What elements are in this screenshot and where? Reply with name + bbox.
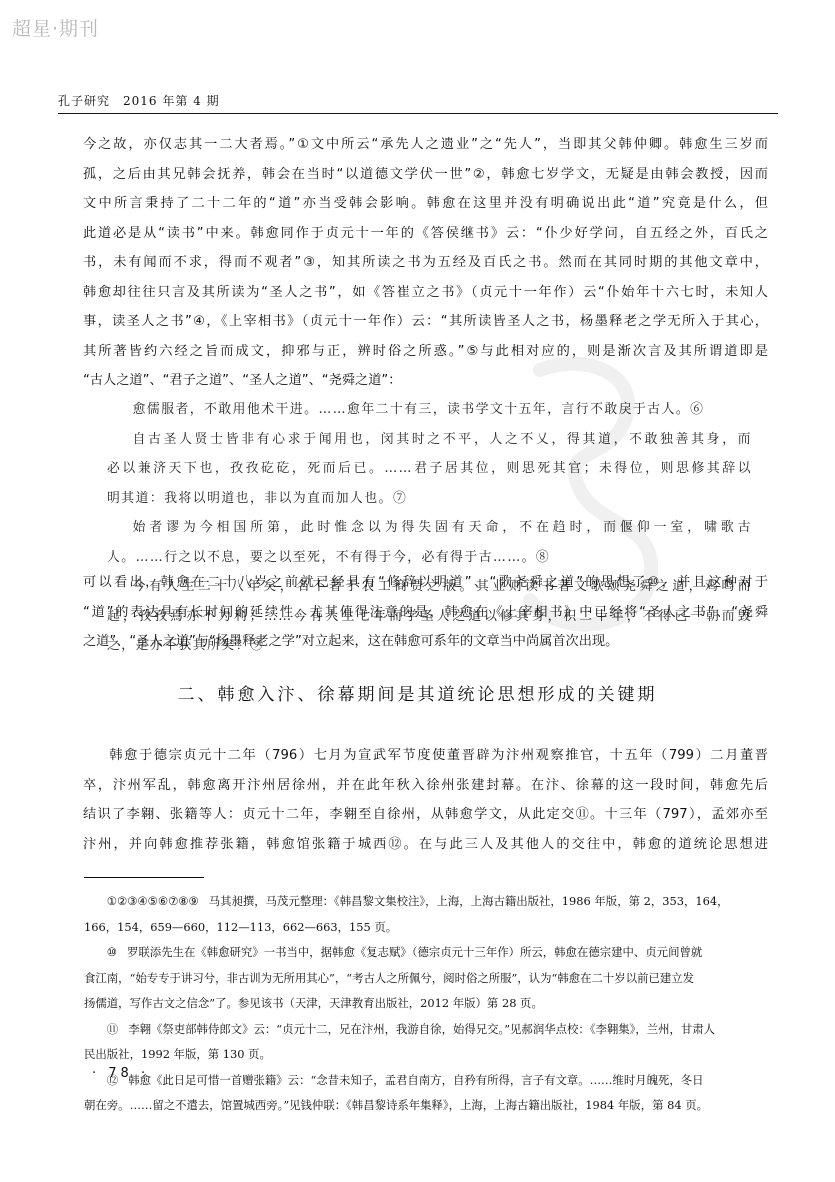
text-line: 结识了李翱、张籍等人：贞元十二年，李翱至自徐州，从韩愈学文，从此定交⑪。十三年（…: [83, 800, 768, 830]
text-line: 可以看出，韩愈在二十八岁之前就已经具有“修辞以明道”、“歌尧舜之道”的思想了⑩，…: [83, 568, 768, 598]
footnote: ⑫韩愈《此日足可惜一首赠张籍》云：“念昔未知子，孟君自南方，自矜有所得，言子有文…: [84, 1068, 769, 1094]
footnote-text: 马其昶撰，马茂元整理：《韩昌黎文集校注》，上海，上海古籍出版社，1986 年版，…: [209, 894, 729, 908]
text-line: 书，未有闻而不求，得而不观者”③，知其所读之书为五经及百氏之书。然而在其同时期的…: [83, 248, 768, 278]
footnote-text: 韩愈《此日足可惜一首赠张籍》云：“念昔未知子，孟君自南方，自矜有所得，言子有文章…: [128, 1073, 703, 1087]
quote-line: 愈儒服者，不敢用他术干进。……愈年二十有三，读书学文十五年，言行不敢戾于古人。⑥: [107, 395, 752, 425]
footnote-mark: ①②③④⑤⑥⑦⑧⑨: [107, 889, 199, 915]
text-line: 今之故，亦仅志其一二大者焉。”①文中所云“承先人之遗业”之“先人”，当即其父韩仲…: [83, 130, 768, 160]
paragraph-mid: 可以看出，韩愈在二十八岁之前就已经具有“修辞以明道”、“歌尧舜之道”的思想了⑩，…: [83, 568, 768, 657]
footnote-continuation: 食江南，“始专专于讲习兮，非古训为无所用其心”，“考古人之所佩兮，阅时俗之所服”…: [84, 966, 769, 992]
footnote-text: 罗联添先生在《韩愈研究》一书当中，据韩愈《复志赋》（德宗贞元十三年作）所云，韩愈…: [127, 945, 702, 959]
footnote: ⑪李翱《祭吏部韩侍郎文》云：“贞元十二，兄在汴州，我游自徐，始得兄交。”见郝润华…: [84, 1017, 769, 1043]
text-line: 卒，汴州军乱，韩愈离开汴州居徐州，并在此年秋入徐州张建封幕。在汴、徐幕的这一段时…: [83, 771, 768, 801]
quote-line: 始者谬为今相国所第，此时惟念以为得失固有天命，不在趋时，而偃仰一室，啸歌古: [107, 513, 752, 543]
text-line: 其所著皆约六经之旨而成文，抑邪与正，辨时俗之所惑。”⑤与此相对应的，则是渐次言及…: [83, 337, 768, 367]
footnote: ⑩罗联添先生在《韩愈研究》一书当中，据韩愈《复志赋》（德宗贞元十三年作）所云，韩…: [84, 940, 769, 966]
header-rule: [58, 113, 778, 114]
text-line: “道”的表达具有长时间的延续性。尤其值得注意的是，韩愈在《上宰相书》中已经将“圣…: [83, 598, 768, 628]
paragraph-top: 今之故，亦仅志其一二大者焉。”①文中所云“承先人之遗业”之“先人”，当即其父韩仲…: [83, 130, 768, 396]
text-line: 文中所言秉持了二十二年的“道”亦当受韩会影响。韩愈在这里并没有明确说出此“道”究…: [83, 189, 768, 219]
footnote-continuation: 扬儒道，写作古文之信念”了。参见该书（天津，天津教育出版社，2012 年版）第 …: [84, 991, 769, 1017]
footnote-text: 李翱《祭吏部韩侍郎文》云：“贞元十二，兄在汴州，我游自徐，始得兄交。”见郝润华点…: [128, 1022, 715, 1036]
text-line: 韩愈于德宗贞元十二年（796）七月为宣武军节度使董晋辟为汴州观察推官，十五年（7…: [83, 741, 768, 771]
text-line: 之道”、“圣人之道”与“杨墨释老之学”对立起来，这在韩愈可系年的文章当中尚属首次…: [83, 627, 768, 657]
text-line: 孤，之后由其兄韩会抚养，韩会在当时“以道德文学伏一世”②，韩愈七岁学文，无疑是由…: [83, 160, 768, 190]
footnote-rule: [84, 877, 204, 878]
footnote-mark: ⑩: [107, 940, 117, 966]
footnote-mark: ⑪: [107, 1017, 118, 1043]
text-line: 事，读圣人之书”④，《上宰相书》（贞元十一年作）云：“其所读皆圣人之书，杨墨释老…: [83, 307, 768, 337]
text-line: 此道必是从“读书”中来。韩愈同作于贞元十一年的《答侯继书》云：“仆少好学问，自五…: [83, 219, 768, 249]
text-line: “古人之道”、“君子之道”、“圣人之道”、“尧舜之道”：: [83, 366, 768, 396]
paragraph-bottom: 韩愈于德宗贞元十二年（796）七月为宣武军节度使董晋辟为汴州观察推官，十五年（7…: [83, 741, 768, 859]
footnotes: ①②③④⑤⑥⑦⑧⑨马其昶撰，马茂元整理：《韩昌黎文集校注》，上海，上海古籍出版社…: [84, 889, 769, 1119]
quote-line: 必以兼济天下也，孜孜矻矻，死而后已。……君子居其位，则思死其官；未得位，则思修其…: [107, 454, 752, 484]
footnote: ①②③④⑤⑥⑦⑧⑨马其昶撰，马茂元整理：《韩昌黎文集校注》，上海，上海古籍出版社…: [84, 889, 769, 915]
text-line: 韩愈却往往只言及其所读为“圣人之书”，如《答崔立之书》（贞元十一年作）云“仆始年…: [83, 278, 768, 308]
brand-logo: 超星·期刊: [12, 14, 99, 41]
text-line: 汴州，并向韩愈推荐张籍，韩愈馆张籍于城西⑫。在与此三人及其他人的交往中，韩愈的道…: [83, 830, 768, 860]
quote-line: 自古圣人贤士皆非有心求于闻用也，闵其时之不平，人之不乂，得其道，不敢独善其身，而: [107, 425, 752, 455]
running-head: 孔子研究 2016 年第 4 期: [58, 92, 220, 109]
quote-line: 明其道：我将以明道也，非以为直而加人也。⑦: [107, 484, 752, 514]
footnote-continuation: 民出版社，1992 年版，第 130 页。: [84, 1042, 769, 1068]
footnote-continuation: 166，154，659—660，112—113，662—663，155 页。: [84, 915, 769, 941]
footnote-continuation: 朝在旁。……留之不遣去，馆置城西旁。”见钱仲联：《韩昌黎诗系年集释》，上海，上海…: [84, 1093, 769, 1119]
section-title: 二、韩愈入汴、徐幕期间是其道统论思想形成的关键期: [0, 680, 835, 705]
page-number: · 78 ·: [92, 1066, 149, 1081]
